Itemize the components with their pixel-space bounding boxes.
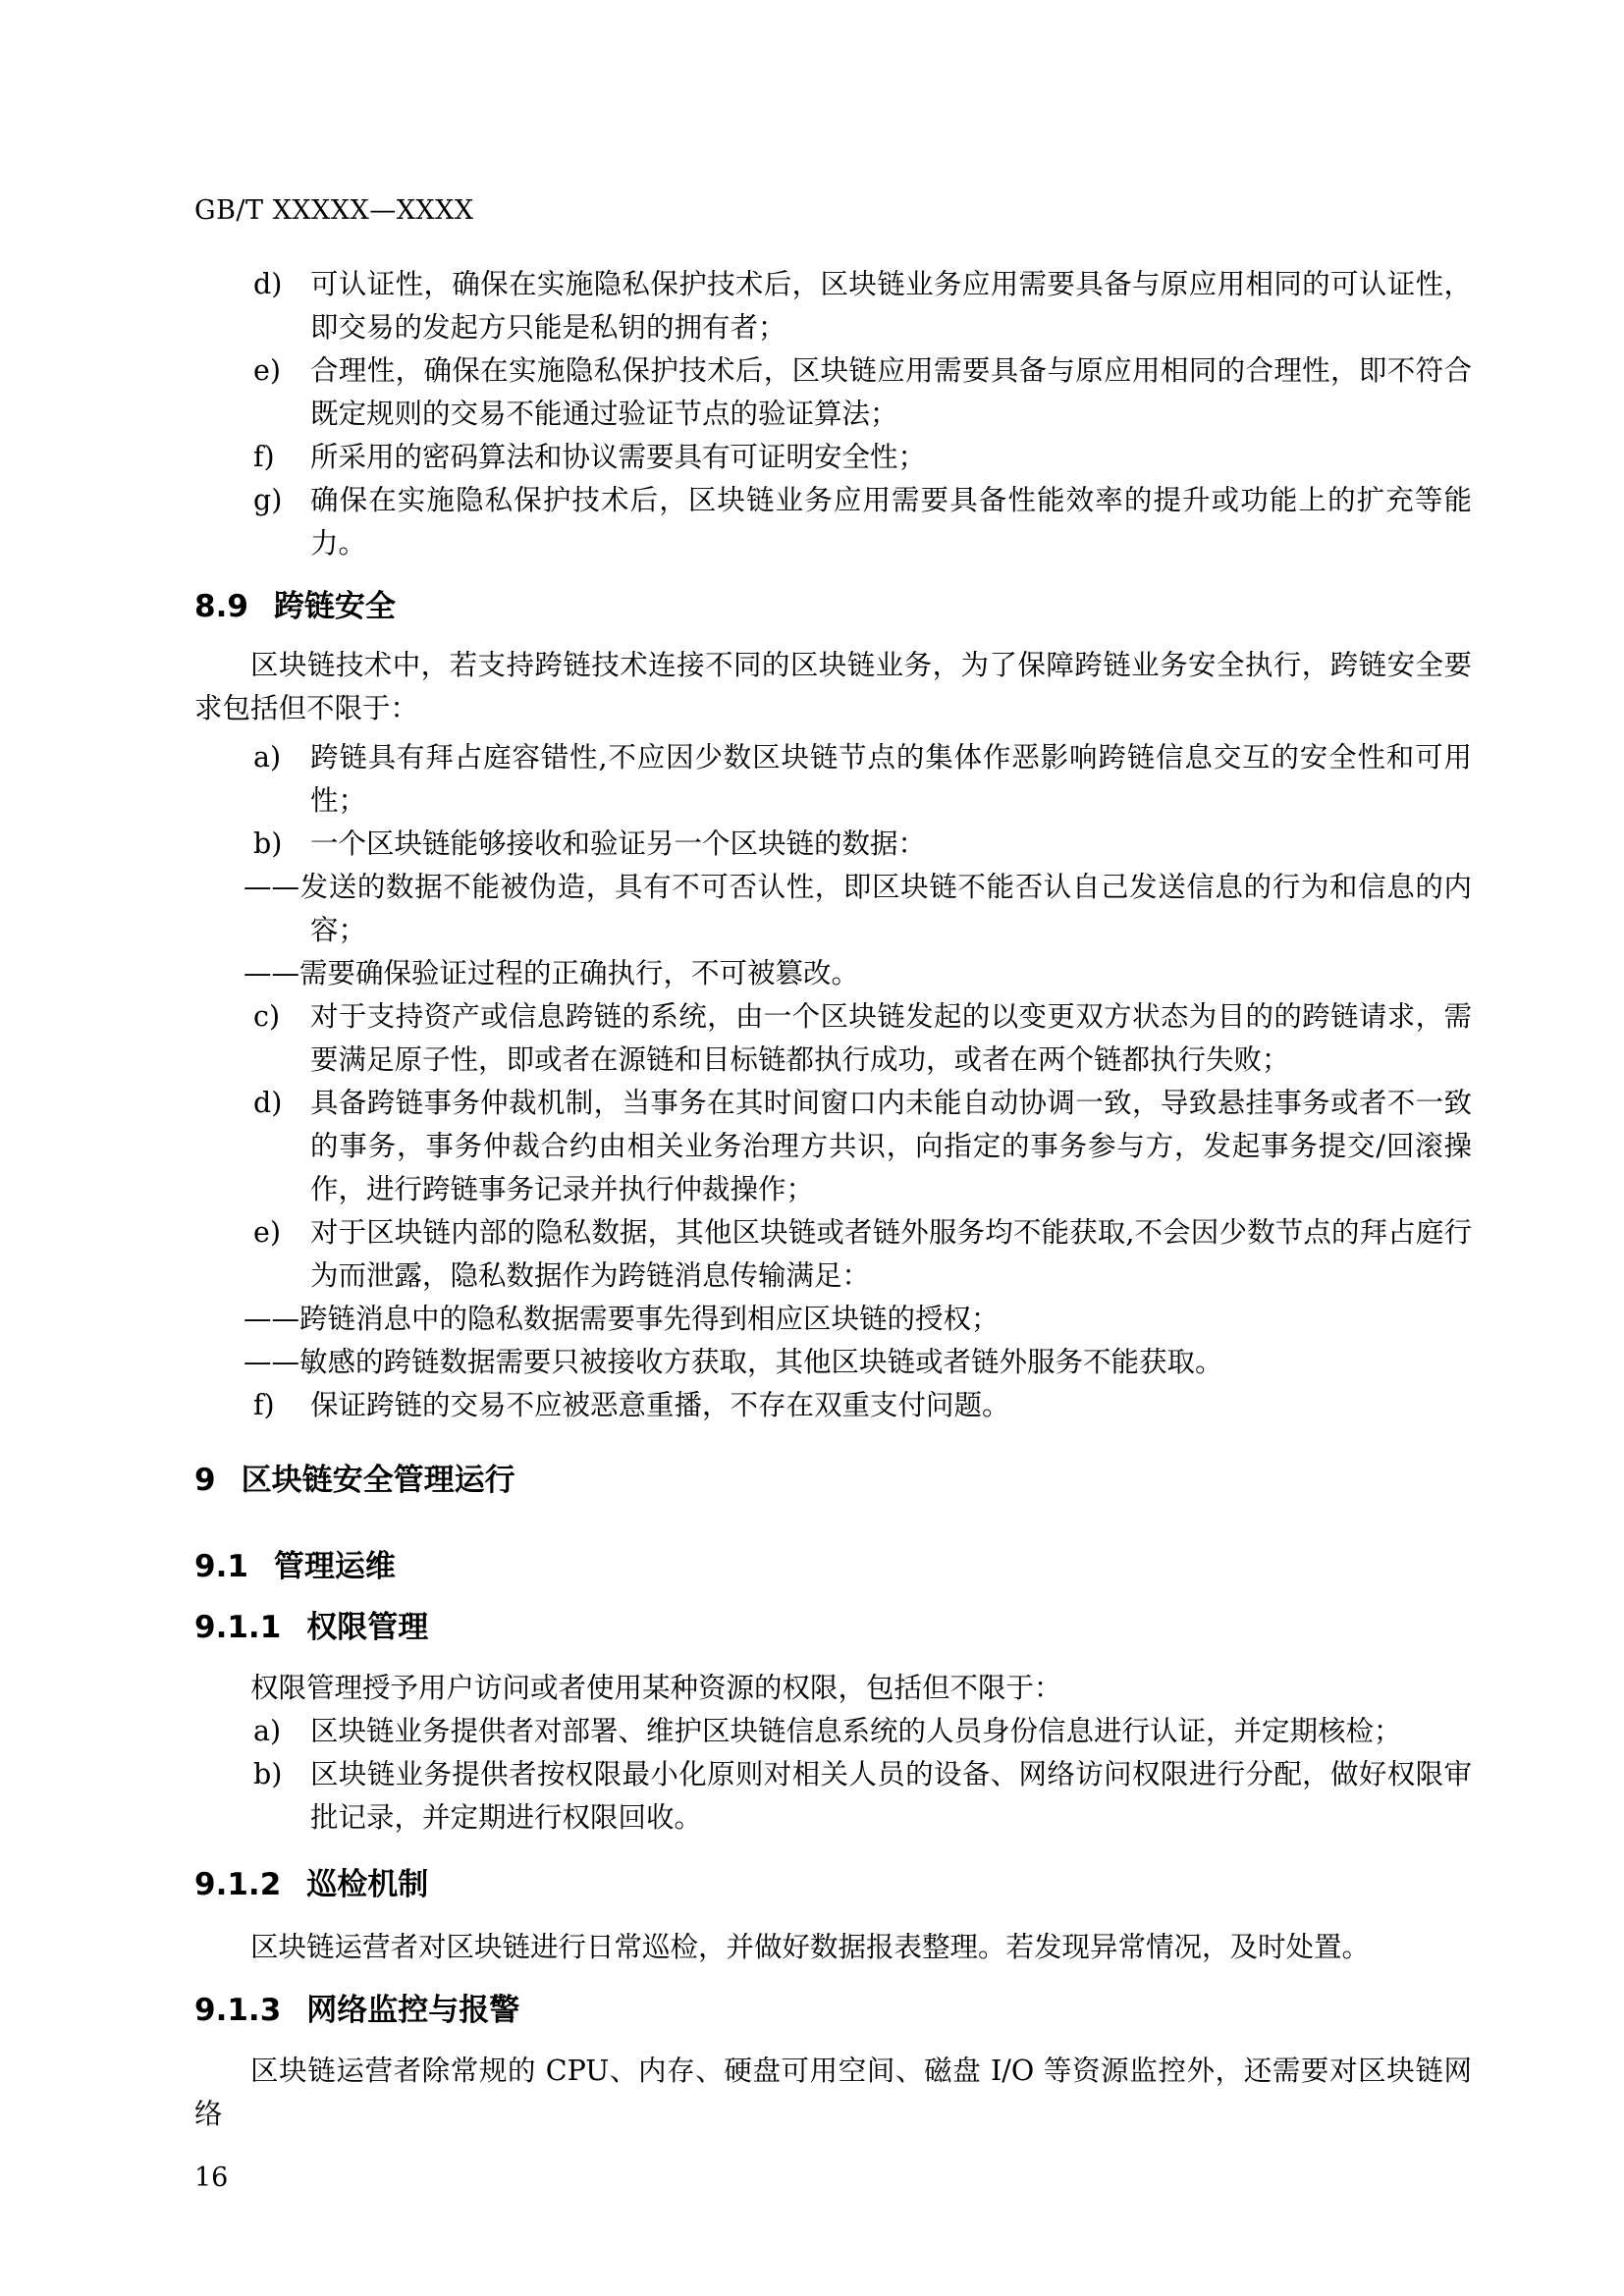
section-number: 9.1.1 — [194, 1610, 281, 1645]
section-title: 跨链安全 — [274, 589, 396, 624]
dash-item: ——敏感的跨链数据需要只被接收方获取，其他区块链或者链外服务不能获取。 — [194, 1341, 1472, 1384]
paragraph-cross-chain-intro: 区块链技术中，若支持跨链技术连接不同的区块链业务，为了保障跨链业务安全执行，跨链… — [194, 644, 1472, 730]
list-item-text: 跨链具有拜占庭容错性,不应因少数区块链节点的集体作恶影响跨链信息交互的安全性和可… — [310, 741, 1472, 817]
section-title: 区块链安全管理运行 — [242, 1463, 515, 1498]
list-item: f) 保证跨链的交易不应被恶意重播，不存在双重支付问题。 — [194, 1384, 1472, 1427]
section-heading-9-1: 9.1管理运维 — [194, 1545, 1472, 1588]
dash-item: ——发送的数据不能被伪造，具有不可否认性，即区块链不能否认自己发送信息的行为和信… — [194, 866, 1472, 952]
list-item-text: 区块链业务提供者对部署、维护区块链信息系统的人员身份信息进行认证，并定期核检； — [310, 1715, 1402, 1747]
list-item: f) 所采用的密码算法和协议需要具有可证明安全性； — [194, 436, 1472, 479]
list-item: g) 确保在实施隐私保护技术后，区块链业务应用需要具备性能效率的提升或功能上的扩… — [194, 479, 1472, 565]
dash-item: ——跨链消息中的隐私数据需要事先得到相应区块链的授权； — [194, 1298, 1472, 1341]
section-number: 9.1 — [194, 1549, 248, 1584]
list-item-text: 对于支持资产或信息跨链的系统，由一个区块链发起的以变更双方状态为目的的跨链请求，… — [310, 1000, 1472, 1076]
list-item: d) 可认证性，确保在实施隐私保护技术后，区块链业务应用需要具备与原应用相同的可… — [194, 263, 1472, 349]
list-item-label: d) — [253, 1082, 282, 1125]
list-item: e) 合理性，确保在实施隐私保护技术后，区块链应用需要具备与原应用相同的合理性，… — [194, 349, 1472, 436]
list-item: c) 对于支持资产或信息跨链的系统，由一个区块链发起的以变更双方状态为目的的跨链… — [194, 995, 1472, 1082]
section-title: 管理运维 — [274, 1549, 396, 1584]
list-item-label: f) — [253, 436, 275, 479]
list-item-label: a) — [253, 736, 281, 779]
list-item-label: f) — [253, 1384, 275, 1427]
list-item: e) 对于区块链内部的隐私数据，其他区块链或者链外服务均不能获取,不会因少数节点… — [194, 1211, 1472, 1298]
list-item: b) 区块链业务提供者按权限最小化原则对相关人员的设备、网络访问权限进行分配，做… — [194, 1753, 1472, 1840]
list-item-label: e) — [253, 1211, 281, 1255]
list-item-text: 一个区块链能够接收和验证另一个区块链的数据： — [310, 828, 926, 860]
section-number: 9.1.2 — [194, 1867, 281, 1902]
list-privacy-requirements: d) 可认证性，确保在实施隐私保护技术后，区块链业务应用需要具备与原应用相同的可… — [194, 263, 1472, 565]
section-heading-8-9: 8.9跨链安全 — [194, 585, 1472, 628]
list-item-text: 区块链业务提供者按权限最小化原则对相关人员的设备、网络访问权限进行分配，做好权限… — [310, 1758, 1472, 1834]
list-item-label: b) — [253, 1753, 282, 1796]
document-page: GB/T XXXXX—XXXX d) 可认证性，确保在实施隐私保护技术后，区块链… — [0, 0, 1624, 2296]
list-permission-requirements: a) 区块链业务提供者对部署、维护区块链信息系统的人员身份信息进行认证，并定期核… — [194, 1710, 1472, 1840]
list-item: a) 跨链具有拜占庭容错性,不应因少数区块链节点的集体作恶影响跨链信息交互的安全… — [194, 736, 1472, 823]
section-heading-9-1-2: 9.1.2巡检机制 — [194, 1863, 1472, 1906]
list-item-text: 确保在实施隐私保护技术后，区块链业务应用需要具备性能效率的提升或功能上的扩充等能… — [310, 484, 1472, 560]
section-heading-9-1-3: 9.1.3网络监控与报警 — [194, 1989, 1472, 2032]
list-item-text: 保证跨链的交易不应被恶意重播，不存在双重支付问题。 — [310, 1389, 1010, 1421]
list-item: b) 一个区块链能够接收和验证另一个区块链的数据： — [194, 823, 1472, 866]
list-item-label: g) — [253, 479, 282, 522]
section-number: 8.9 — [194, 589, 248, 624]
list-item-label: a) — [253, 1710, 281, 1753]
section-heading-9: 9区块链安全管理运行 — [194, 1459, 1472, 1502]
list-item-text: 合理性，确保在实施隐私保护技术后，区块链应用需要具备与原应用相同的合理性，即不符… — [310, 354, 1472, 430]
list-item-text: 可认证性，确保在实施隐私保护技术后，区块链业务应用需要具备与原应用相同的可认证性… — [310, 268, 1472, 344]
paragraph-monitoring-body: 区块链运营者除常规的 CPU、内存、硬盘可用空间、磁盘 I/O 等资源监控外，还… — [194, 2050, 1472, 2136]
section-number: 9 — [194, 1463, 216, 1498]
paragraph-inspection-body: 区块链运营者对区块链进行日常巡检，并做好数据报表整理。若发现异常情况，及时处置。 — [194, 1926, 1472, 1969]
list-item-text: 具备跨链事务仲裁机制，当事务在其时间窗口内未能自动协调一致，导致悬挂事务或者不一… — [310, 1087, 1472, 1205]
list-item-label: d) — [253, 263, 282, 306]
section-heading-9-1-1: 9.1.1权限管理 — [194, 1606, 1472, 1649]
section-title: 网络监控与报警 — [306, 1993, 519, 2028]
list-item-label: b) — [253, 823, 282, 866]
page-number: 16 — [194, 2162, 1472, 2195]
paragraph-permission-intro: 权限管理授予用户访问或者使用某种资源的权限，包括但不限于： — [194, 1667, 1472, 1710]
list-item: a) 区块链业务提供者对部署、维护区块链信息系统的人员身份信息进行认证，并定期核… — [194, 1710, 1472, 1753]
section-title: 巡检机制 — [306, 1867, 428, 1902]
list-cross-chain-requirements: a) 跨链具有拜占庭容错性,不应因少数区块链节点的集体作恶影响跨链信息交互的安全… — [194, 736, 1472, 1427]
section-number: 9.1.3 — [194, 1993, 281, 2028]
list-item: d) 具备跨链事务仲裁机制，当事务在其时间窗口内未能自动协调一致，导致悬挂事务或… — [194, 1082, 1472, 1211]
dash-item: ——需要确保验证过程的正确执行，不可被篡改。 — [194, 952, 1472, 995]
list-item-label: e) — [253, 349, 281, 393]
section-title: 权限管理 — [306, 1610, 428, 1645]
document-header: GB/T XXXXX—XXXX — [194, 196, 1472, 226]
list-item-text: 所采用的密码算法和协议需要具有可证明安全性； — [310, 441, 926, 473]
list-item-label: c) — [253, 995, 280, 1039]
list-item-text: 对于区块链内部的隐私数据，其他区块链或者链外服务均不能获取,不会因少数节点的拜占… — [310, 1216, 1472, 1292]
